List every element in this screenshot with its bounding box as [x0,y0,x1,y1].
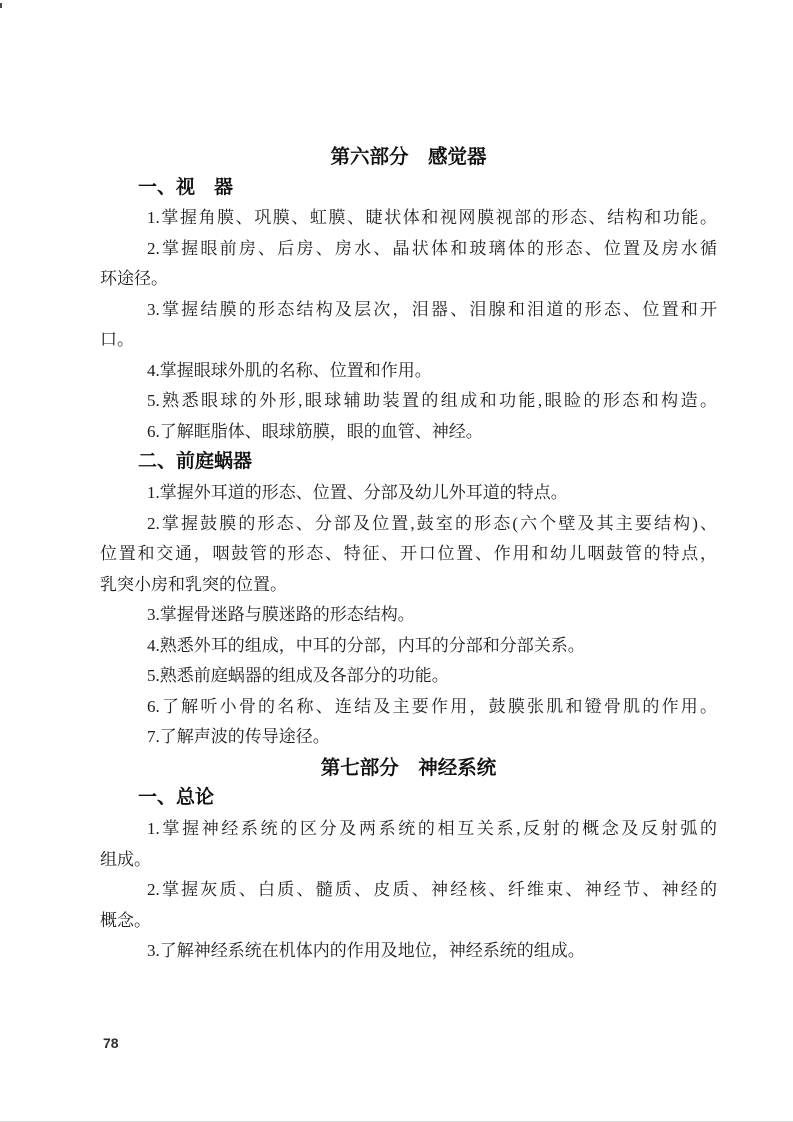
document-content: 第六部分 感觉器 一、视 器 1.掌握角膜、巩膜、虹膜、睫状体和视网膜视部的形态… [100,142,717,967]
document-page: 第六部分 感觉器 一、视 器 1.掌握角膜、巩膜、虹膜、睫状体和视网膜视部的形态… [0,0,793,1122]
ear-item-2-cont-a: 位置和交通，咽鼓管的形态、特征、开口位置、作用和幼儿咽鼓管的特点， [100,539,717,570]
vision-item-5: 5.熟悉眼球的外形,眼球辅助装置的组成和功能,眼睑的形态和构造。 [100,386,717,417]
ear-item-2-cont-b: 乳突小房和乳突的位置。 [100,570,717,601]
vision-item-3-cont: 口。 [100,325,717,356]
part6-title: 第六部分 感觉器 [100,142,717,173]
ear-section-heading: 二、前庭蜗器 [100,447,717,478]
ear-item-5: 5.熟悉前庭蜗器的组成及各部分的功能。 [100,661,717,692]
scan-edge-artifact [0,3,2,8]
general-item-3: 3.了解神经系统在机体内的作用及地位，神经系统的组成。 [100,936,717,967]
general-section-heading: 一、总论 [100,783,717,814]
ear-item-3: 3.掌握骨迷路与膜迷路的形态结构。 [100,600,717,631]
ear-item-2: 2.掌握鼓膜的形态、分部及位置,鼓室的形态(六个壁及其主要结构)、 [100,509,717,540]
vision-item-2-cont: 环途径。 [100,264,717,295]
vision-item-3: 3.掌握结膜的形态结构及层次，泪器、泪腺和泪道的形态、位置和开 [100,295,717,326]
ear-item-4: 4.熟悉外耳的组成，中耳的分部，内耳的分部和分部关系。 [100,631,717,662]
general-item-1: 1.掌握神经系统的区分及两系统的相互关系,反射的概念及反射弧的 [100,814,717,845]
general-item-2: 2.掌握灰质、白质、髓质、皮质、神经核、纤维束、神经节、神经的 [100,875,717,906]
general-item-2-cont: 概念。 [100,906,717,937]
ear-item-7: 7.了解声波的传导途径。 [100,722,717,753]
vision-item-6: 6.了解眶脂体、眼球筋膜，眼的血管、神经。 [100,417,717,448]
ear-item-6: 6.了解听小骨的名称、连结及主要作用，鼓膜张肌和镫骨肌的作用。 [100,692,717,723]
vision-item-1: 1.掌握角膜、巩膜、虹膜、睫状体和视网膜视部的形态、结构和功能。 [100,203,717,234]
vision-item-4: 4.掌握眼球外肌的名称、位置和作用。 [100,356,717,387]
vision-item-2: 2.掌握眼前房、后房、房水、晶状体和玻璃体的形态、位置及房水循 [100,234,717,265]
part7-title: 第七部分 神经系统 [100,753,717,784]
page-number: 78 [103,1034,119,1052]
ear-item-1: 1.掌握外耳道的形态、位置、分部及幼儿外耳道的特点。 [100,478,717,509]
general-item-1-cont: 组成。 [100,845,717,876]
vision-section-heading: 一、视 器 [100,173,717,204]
